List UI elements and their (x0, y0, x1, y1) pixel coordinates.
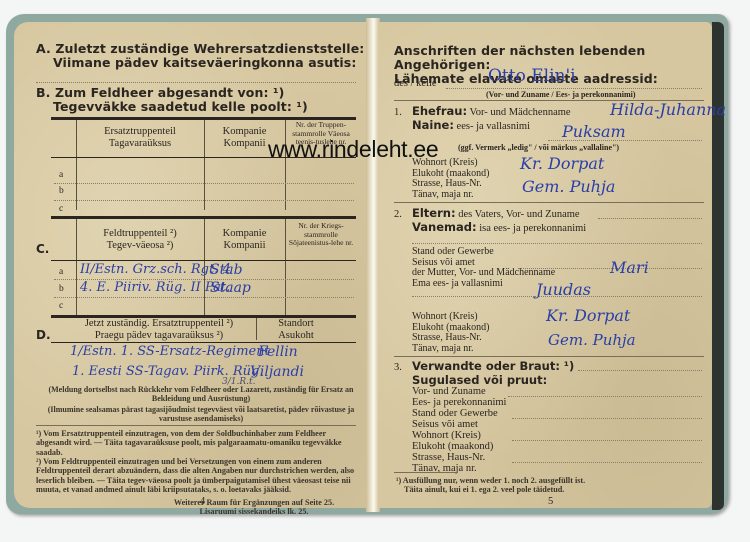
section-d-note-de: (Meldung dortselbst nach Rückkehr vom Fe… (42, 385, 360, 403)
table-c-col2-header: KompanieKompanii (204, 228, 285, 252)
fill-line (512, 462, 702, 463)
section-a-heading: A. Zuletzt zuständige Wehrersatzdienstst… (36, 42, 364, 70)
mother-first-name-handwritten: Mari (610, 260, 649, 276)
section-b-heading: B. Zum Feldheer abgesandt von: ¹) Tegevv… (36, 86, 308, 114)
table-b-row-letter: a (59, 170, 63, 180)
column-divider (285, 219, 286, 316)
divider (36, 82, 356, 83)
footnote-2: ²) Vom Feldtruppenteil einzutragen und b… (36, 457, 356, 495)
fill-line (446, 88, 702, 89)
marital-hint: (ggf. Vermerk „ledig" / või märkus „vall… (458, 143, 619, 152)
des-label: des / kelle (394, 78, 437, 90)
soldier-name-handwritten: Otto Elin'i (488, 68, 576, 84)
cover-edge (712, 22, 724, 510)
section-2-title: Eltern: des Vaters, Vor- und Zuname Vane… (412, 207, 586, 235)
section-a-letter: A. (36, 41, 51, 56)
parents-street-handwritten: Gem. Puhja (548, 332, 636, 348)
row-line (54, 200, 354, 201)
watermark: www.rindeleht.ee (268, 136, 438, 163)
fill-line (512, 440, 702, 441)
rule (394, 472, 458, 473)
location-handwritten: Fellin (258, 344, 298, 360)
fill-line (412, 296, 702, 297)
fill-line (512, 418, 702, 419)
wife-last-name-handwritten: Puksam (562, 124, 626, 140)
section-2-address-labels: Wohnort (Kreis) Elukoht (maakond) Strass… (412, 312, 489, 354)
page-number-right: 5 (548, 496, 553, 507)
wife-residence-handwritten: Kr. Dorpat (520, 156, 604, 172)
unit-handwritten: 4. E. Piiriv. Rüg. II Pat. (80, 280, 230, 296)
footnote-1: ¹) Vom Ersatztruppenteil einzutragen, vo… (36, 429, 356, 457)
section-a-title-et: Viimane pädev kaitseväeringkonna asutis: (36, 55, 356, 70)
table-b-row-letter: c (59, 204, 63, 214)
table-c-col3-header: Nr. der Kriegs-stammrolle Sõjateenistus-… (287, 222, 355, 248)
section-d-note-et: (Ilmumine sealsamas pärast tagasijõudmis… (42, 405, 360, 423)
row-line (54, 297, 354, 298)
fill-line (548, 140, 702, 141)
section-2-number: 2. (394, 209, 402, 221)
rule (51, 342, 356, 343)
rule (51, 260, 356, 261)
rule (394, 202, 704, 203)
company-handwritten: Staap (210, 280, 251, 296)
fill-line (508, 396, 702, 397)
row-letter: b (59, 284, 64, 294)
unit-handwritten: 1/Estn. 1. SS-Ersatz-Regiment (70, 344, 270, 360)
section-3-title: Verwandte oder Braut: ¹) Sugulased või p… (412, 360, 574, 388)
table-d-col1-header: Jetzt zuständig. Ersatztruppenteil ²)Pra… (64, 318, 254, 342)
fill-line (598, 218, 702, 219)
wife-first-name-handwritten: Hilda-Juhanna (610, 102, 726, 118)
section-b-title-et: Tegevväkke saadetud kelle poolt: ¹) (36, 99, 308, 114)
rule (394, 356, 704, 357)
company-handwritten: Stab (210, 262, 243, 278)
row-line (54, 183, 354, 184)
rule (36, 425, 356, 426)
table-b-col1-header: ErsatztruppenteilTagavaraüksus (76, 126, 204, 150)
more-space-note: Weiterer Raum für Ergänzungen auf Seite … (144, 498, 364, 517)
fill-line (578, 370, 702, 371)
page-left: A. Zuletzt zuständige Wehrersatzdienstst… (14, 22, 368, 508)
unit-handwritten: II/Estn. Grz.sch. Rgt. 4 (80, 262, 231, 278)
section-b-letter: B. (36, 85, 50, 100)
section-3-labels: Vor- und Zuname Ees- ja perekonnanimi St… (412, 386, 506, 474)
section-1-title: Ehefrau: Vor- und Mädchenname Naine: ees… (412, 105, 571, 133)
des-hint: (Vor- und Zuname / Ees- ja perekonnanimi… (486, 90, 636, 99)
location-handwritten: Viljandi (250, 364, 304, 380)
column-divider (285, 120, 286, 210)
section-c-letter: C. (36, 242, 49, 256)
row-letter: a (59, 267, 63, 277)
section-d-letter: D. (36, 328, 51, 342)
fill-line (412, 243, 702, 244)
page-right: Anschriften der nächsten lebenden Angehö… (378, 22, 712, 508)
parents-residence-handwritten: Kr. Dorpat (546, 308, 630, 324)
right-footnote: ¹) Ausfüllung nur, wenn weder 1. noch 2.… (396, 476, 696, 495)
wife-street-handwritten: Gem. Puhja (522, 179, 615, 195)
table-d-col2-header: StandortAsukoht (256, 318, 336, 342)
section-1-address-labels: Wohnort (Kreis) Elukoht (maakond) Strass… (412, 158, 489, 200)
section-1-number: 1. (394, 107, 402, 119)
section-b-title-de: Zum Feldheer abgesandt von: ¹) (55, 85, 284, 100)
table-c-col1-header: Feldtruppenteil ²)Tegev-väeosa ²) (76, 228, 204, 252)
page-number-left: 4 (200, 496, 205, 507)
row-letter: c (59, 301, 63, 311)
table-b-row-letter: b (59, 186, 64, 196)
section-a-title-de: Zuletzt zuständige Wehrersatzdienststell… (55, 41, 364, 56)
section-3-number: 3. (394, 362, 402, 374)
